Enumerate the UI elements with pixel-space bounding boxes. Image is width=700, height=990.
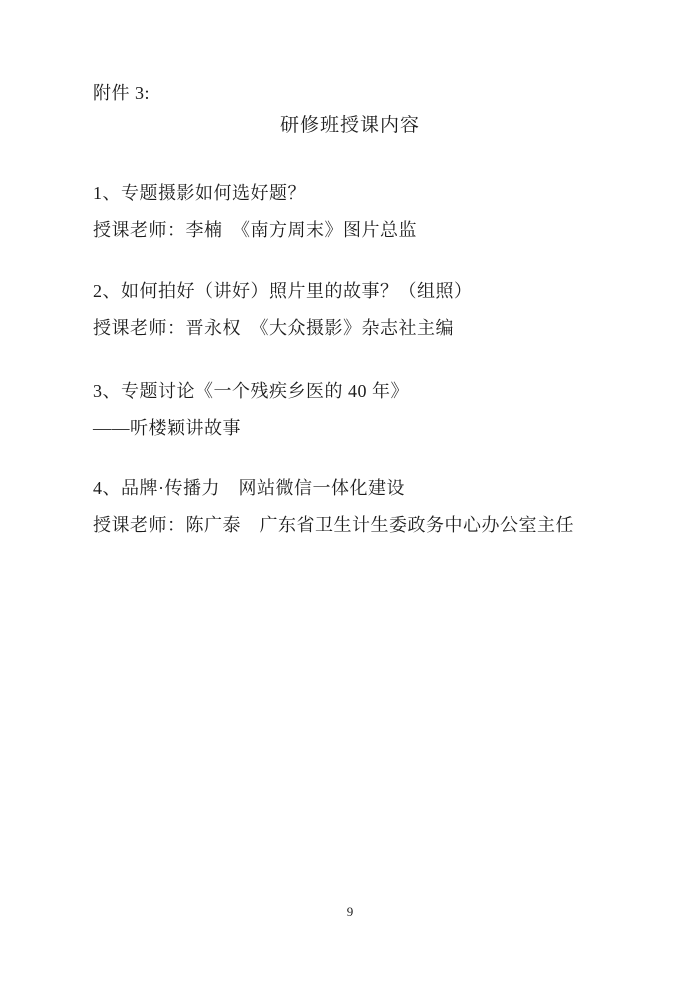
page-number: 9 [0,901,700,923]
course-item-detail: ——听楼颖讲故事 [93,417,640,439]
course-item-heading: 2、如何拍好（讲好）照片里的故事？（组照） [93,280,640,302]
course-item-heading: 4、品牌·传播力 网站微信一体化建设 [93,477,640,499]
course-item-detail: 授课老师：陈广泰 广东省卫生计生委政务中心办公室主任 [93,514,640,536]
course-item-detail: 授课老师：晋永权 《大众摄影》杂志社主编 [93,317,640,339]
document-page: 附件 3: 研修班授课内容 1、专题摄影如何选好题？ 授课老师：李楠 《南方周末… [0,0,700,990]
course-item-heading: 1、专题摄影如何选好题？ [93,182,640,204]
attachment-label: 附件 3: [93,82,150,104]
course-item-heading: 3、专题讨论《一个残疾乡医的 40 年》 [93,380,640,402]
page-title: 研修班授课内容 [0,115,700,137]
course-item-detail: 授课老师：李楠 《南方周末》图片总监 [93,219,640,241]
